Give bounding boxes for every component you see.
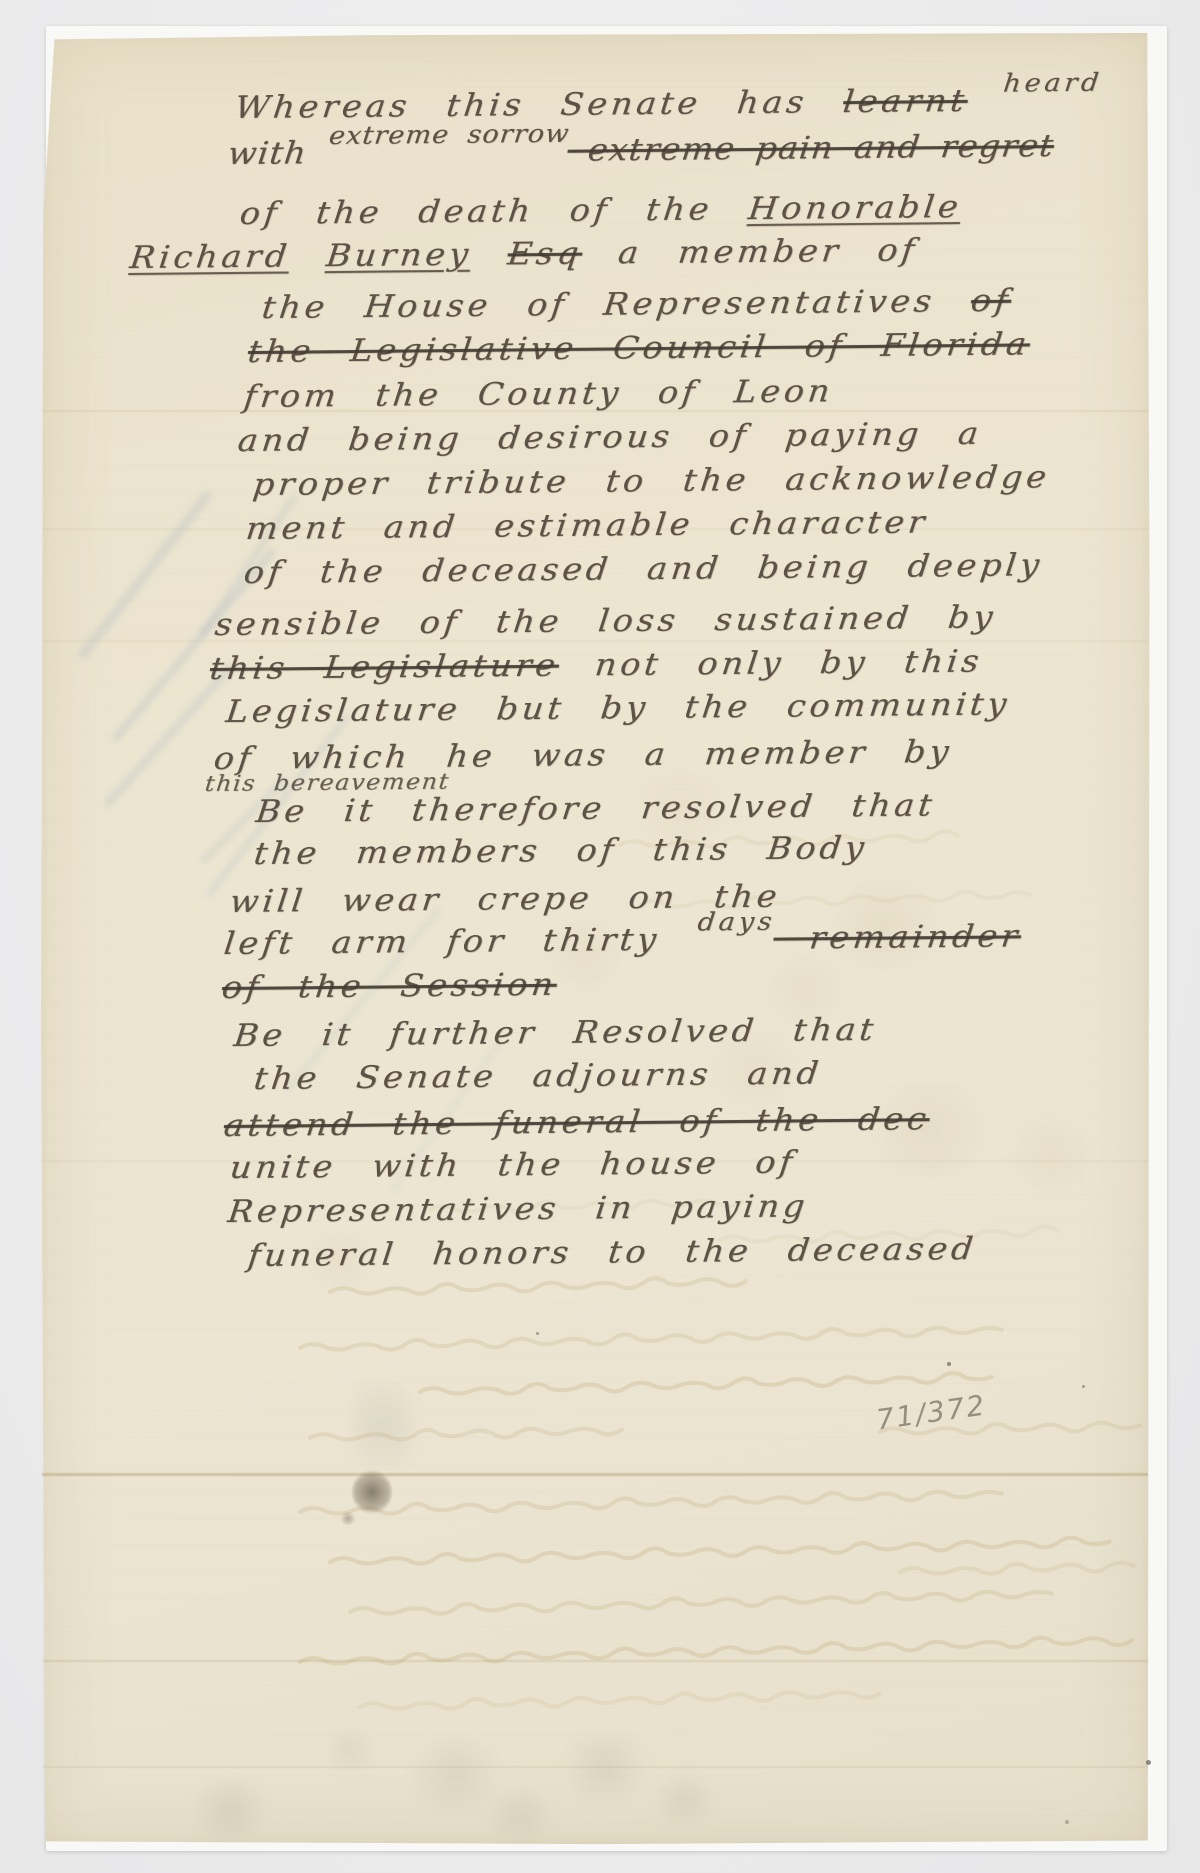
manuscript-page <box>40 33 1150 1845</box>
photo-background: Whereas this Senate has learnt heardwith… <box>0 0 1200 1873</box>
